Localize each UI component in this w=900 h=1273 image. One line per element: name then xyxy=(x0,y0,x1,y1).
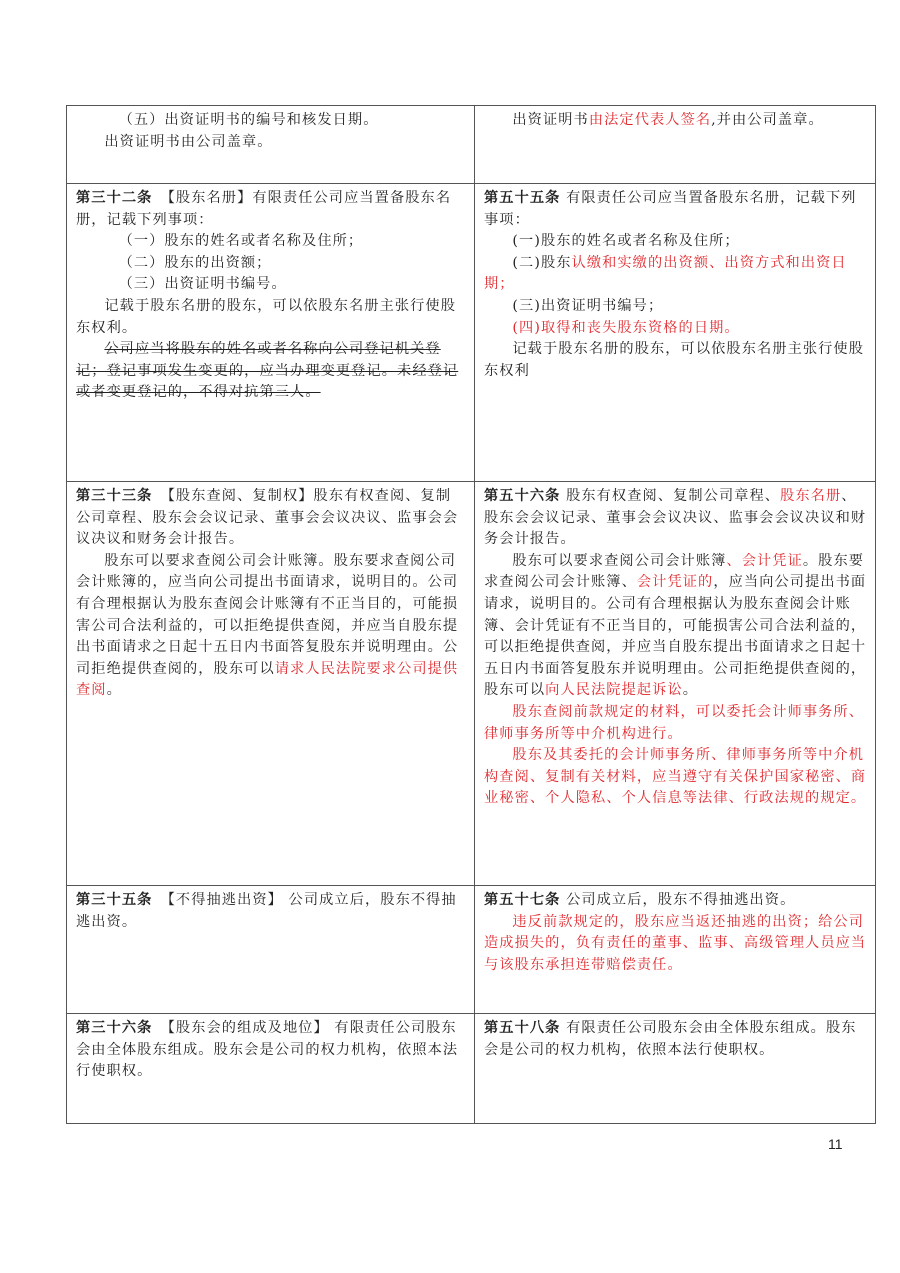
amended-text: 、会计凭证 xyxy=(726,553,802,569)
new-provision-cell: 第五十六条 股东有权查阅、复制公司章程、股东名册、股东会会议记录、董事会会议决议… xyxy=(475,482,876,886)
provision-paragraph: 第五十七条 公司成立后，股东不得抽逃出资。 xyxy=(484,890,867,912)
provision-text: 记载于股东名册的股东，可以依股东名册主张行使股东权利。 xyxy=(76,298,456,336)
provision-text: (一)股东的姓名或者名称及住所； xyxy=(512,233,739,249)
provision-paragraph: 第五十五条 有限责任公司应当置备股东名册，记载下列事项： xyxy=(484,188,867,231)
provision-text: 股东有权查阅、复制公司章程、 xyxy=(560,488,780,504)
article-number: 第五十五条 xyxy=(484,190,560,206)
amended-text: 向人民法院提起诉讼 xyxy=(545,682,683,698)
deleted-text: 公司应当将股东的姓名或者名称向公司登记机关登记；登记事项发生变更的，应当办理变更… xyxy=(76,341,458,400)
new-provision-cell: 第五十七条 公司成立后，股东不得抽逃出资。违反前款规定的，股东应当返还抽逃的出资… xyxy=(475,886,876,1014)
provision-paragraph: （二）股东的出资额； xyxy=(76,253,466,275)
article-number: 第五十八条 xyxy=(484,1020,560,1036)
provision-paragraph: （五）出资证明书的编号和核发日期。 xyxy=(76,110,466,132)
law-comparison-table: （五）出资证明书的编号和核发日期。出资证明书由公司盖章。 出资证明书由法定代表人… xyxy=(66,105,876,1124)
table-row: 第三十五条 【不得抽逃出资】 公司成立后，股东不得抽逃出资。 第五十七条 公司成… xyxy=(67,886,876,1014)
provision-text: 记载于股东名册的股东，可以依股东名册主张行使股东权利 xyxy=(484,341,864,379)
table-row: 第三十六条 【股东会的组成及地位】 有限责任公司股东会由全体股东组成。股东会是公… xyxy=(67,1014,876,1124)
provision-paragraph: 公司应当将股东的姓名或者名称向公司登记机关登记；登记事项发生变更的，应当办理变更… xyxy=(76,339,466,404)
provision-paragraph: (四)取得和丧失股东资格的日期。 xyxy=(484,318,867,340)
old-provision-cell: 第三十五条 【不得抽逃出资】 公司成立后，股东不得抽逃出资。 xyxy=(67,886,475,1014)
amended-text: 会计凭证的 xyxy=(637,574,713,590)
old-provision-cell: 第三十二条 【股东名册】有限责任公司应当置备股东名册，记载下列事项：（一）股东的… xyxy=(67,184,475,482)
provision-paragraph: (一)股东的姓名或者名称及住所； xyxy=(484,231,867,253)
provision-text: 股东可以要求查阅公司会计账簿 xyxy=(512,553,726,569)
provision-paragraph: 第三十二条 【股东名册】有限责任公司应当置备股东名册，记载下列事项： xyxy=(76,188,466,231)
article-number: 第三十二条 xyxy=(76,190,152,206)
provision-text: (二)股东 xyxy=(512,255,571,271)
provision-paragraph: 股东查阅前款规定的材料，可以委托会计师事务所、律师事务所等中介机构进行。 xyxy=(484,702,867,745)
article-number: 第五十七条 xyxy=(484,892,560,908)
page-number: 11 xyxy=(828,1136,843,1152)
provision-paragraph: 第五十六条 股东有权查阅、复制公司章程、股东名册、股东会会议记录、董事会会议决议… xyxy=(484,486,867,551)
provision-text: 。 xyxy=(683,682,698,698)
old-provision-cell: 第三十六条 【股东会的组成及地位】 有限责任公司股东会由全体股东组成。股东会是公… xyxy=(67,1014,475,1124)
provision-text: 。 xyxy=(107,682,122,698)
document-page: （五）出资证明书的编号和核发日期。出资证明书由公司盖章。 出资证明书由法定代表人… xyxy=(0,0,900,1273)
provision-text: 股东可以要求查阅公司会计账簿。股东要求查阅公司会计账簿的，应当向公司提出书面请求… xyxy=(76,553,458,677)
provision-paragraph: （一）股东的姓名或者名称及住所； xyxy=(76,231,466,253)
provision-paragraph: 股东可以要求查阅公司会计账簿。股东要求查阅公司会计账簿的，应当向公司提出书面请求… xyxy=(76,551,466,702)
amended-text: 违反前款规定的，股东应当返还抽逃的出资；给公司造成损失的，负有责任的董事、监事、… xyxy=(484,914,866,973)
provision-paragraph: 股东可以要求查阅公司会计账簿、会计凭证。股东要求查阅公司会计账簿、会计凭证的，应… xyxy=(484,551,867,702)
provision-text: 出资证明书由公司盖章。 xyxy=(104,134,272,150)
provision-paragraph: 出资证明书由法定代表人签名,并由公司盖章。 xyxy=(484,110,867,132)
provision-text: ，应当向公司提出书面请求，说明目的。公司有合理根据认为股东查阅会计账簿、会计凭证… xyxy=(484,574,866,698)
provision-paragraph: 记载于股东名册的股东，可以依股东名册主张行使股东权利。 xyxy=(76,296,466,339)
provision-text: （五）出资证明书的编号和核发日期。 xyxy=(119,112,379,128)
article-number: 第三十三条 xyxy=(76,488,152,504)
provision-paragraph: 第三十六条 【股东会的组成及地位】 有限责任公司股东会由全体股东组成。股东会是公… xyxy=(76,1018,466,1083)
table-row: 第三十三条 【股东查阅、复制权】股东有权查阅、复制公司章程、股东会会议记录、董事… xyxy=(67,482,876,886)
provision-paragraph: 记载于股东名册的股东，可以依股东名册主张行使股东权利 xyxy=(484,339,867,382)
provision-paragraph: 第三十五条 【不得抽逃出资】 公司成立后，股东不得抽逃出资。 xyxy=(76,890,466,933)
amended-text: 由法定代表人签名 xyxy=(589,112,711,128)
amended-text: (四)取得和丧失股东资格的日期。 xyxy=(512,320,739,336)
provision-text: （二）股东的出资额； xyxy=(119,255,272,271)
provision-paragraph: 出资证明书由公司盖章。 xyxy=(76,132,466,154)
provision-paragraph: (二)股东认缴和实缴的出资额、出资方式和出资日期； xyxy=(484,253,867,296)
old-provision-cell: （五）出资证明书的编号和核发日期。出资证明书由公司盖章。 xyxy=(67,106,475,184)
provision-paragraph: 违反前款规定的，股东应当返还抽逃的出资；给公司造成损失的，负有责任的董事、监事、… xyxy=(484,912,867,977)
provision-paragraph: （三）出资证明书编号。 xyxy=(76,274,466,296)
provision-text: （一）股东的姓名或者名称及住所； xyxy=(119,233,364,249)
amended-text: 股东查阅前款规定的材料，可以委托会计师事务所、律师事务所等中介机构进行。 xyxy=(484,704,864,742)
new-provision-cell: 第五十八条 有限责任公司股东会由全体股东组成。股东会是公司的权力机构，依照本法行… xyxy=(475,1014,876,1124)
article-number: 第三十五条 xyxy=(76,892,152,908)
amended-text: 股东名册 xyxy=(780,488,841,504)
provision-text: 出资证明书 xyxy=(512,112,588,128)
provision-text: (三)出资证明书编号； xyxy=(512,298,663,314)
provision-paragraph: 第三十三条 【股东查阅、复制权】股东有权查阅、复制公司章程、股东会会议记录、董事… xyxy=(76,486,466,551)
provision-text: （三）出资证明书编号。 xyxy=(119,276,287,292)
table-row: 第三十二条 【股东名册】有限责任公司应当置备股东名册，记载下列事项：（一）股东的… xyxy=(67,184,876,482)
provision-text: ,并由公司盖章。 xyxy=(711,112,824,128)
provision-paragraph: 第五十八条 有限责任公司股东会由全体股东组成。股东会是公司的权力机构，依照本法行… xyxy=(484,1018,867,1061)
amended-text: 股东及其委托的会计师事务所、律师事务所等中介机构查阅、复制有关材料，应当遵守有关… xyxy=(484,747,866,806)
provision-paragraph: (三)出资证明书编号； xyxy=(484,296,867,318)
article-number: 第五十六条 xyxy=(484,488,560,504)
article-number: 第三十六条 xyxy=(76,1020,152,1036)
provision-text: 公司成立后，股东不得抽逃出资。 xyxy=(560,892,795,908)
old-provision-cell: 第三十三条 【股东查阅、复制权】股东有权查阅、复制公司章程、股东会会议记录、董事… xyxy=(67,482,475,886)
provision-paragraph: 股东及其委托的会计师事务所、律师事务所等中介机构查阅、复制有关材料，应当遵守有关… xyxy=(484,745,867,810)
table-row: （五）出资证明书的编号和核发日期。出资证明书由公司盖章。 出资证明书由法定代表人… xyxy=(67,106,876,184)
new-provision-cell: 第五十五条 有限责任公司应当置备股东名册，记载下列事项：(一)股东的姓名或者名称… xyxy=(475,184,876,482)
new-provision-cell: 出资证明书由法定代表人签名,并由公司盖章。 xyxy=(475,106,876,184)
